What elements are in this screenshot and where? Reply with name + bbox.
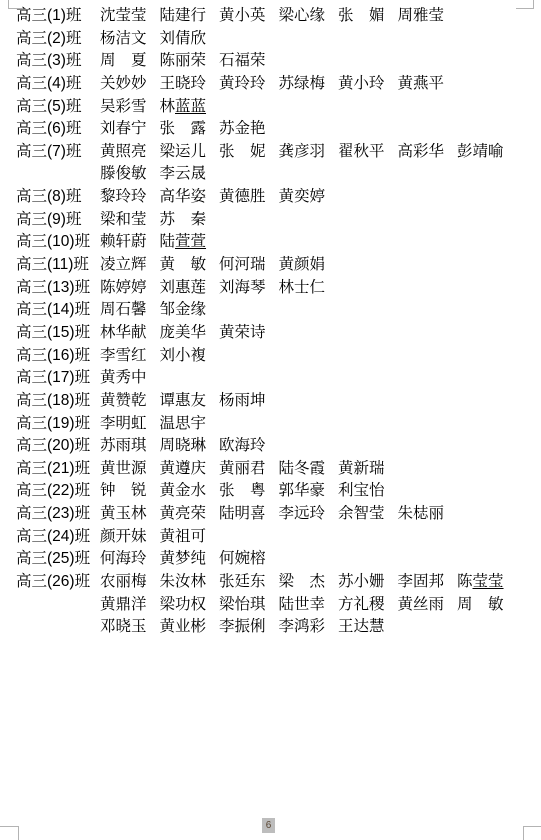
student-name: 黄 敏 xyxy=(160,254,220,277)
roster-row: 高三(23)班黄玉林黄亮荣陆明喜李远玲余智莹朱梽丽 xyxy=(0,503,541,526)
class-label: 高三(19)班 xyxy=(16,413,100,436)
roster-row: 高三(8)班黎玲玲高华姿黄德胜黄奕婷 xyxy=(0,186,541,209)
student-name: 梁心缘 xyxy=(279,5,339,28)
roster-row: 高三(18)班黄赞乾谭惠友杨雨坤 xyxy=(0,390,541,413)
roster-row: 高三(17)班黄秀中 xyxy=(0,367,541,390)
student-name: 张 妮 xyxy=(219,141,279,164)
roster-row: 高三(26)班农丽梅朱汝林张廷东梁 杰苏小姗李固邦陈莹莹 xyxy=(0,571,541,594)
student-name: 梁怡琪 xyxy=(219,594,279,617)
roster-row: 高三(14)班周石馨邹金缘 xyxy=(0,299,541,322)
student-name: 苏 秦 xyxy=(160,209,220,232)
student-name: 李雪红 xyxy=(100,345,160,368)
student-name: 梁和莹 xyxy=(100,209,160,232)
underlined-name-part: 蓝蓝 xyxy=(175,98,206,115)
student-name: 高彩华 xyxy=(398,141,458,164)
student-name: 彭靖喻 xyxy=(457,141,517,164)
roster-row: 高三(20)班苏雨琪周晓琳欧海玲 xyxy=(0,435,541,458)
student-name: 黄照亮 xyxy=(100,141,160,164)
student-name: 谭惠友 xyxy=(160,390,220,413)
class-label: 高三(7)班 xyxy=(16,141,100,164)
roster-row: 高三(16)班李雪红刘小複 xyxy=(0,345,541,368)
class-label: 高三(26)班 xyxy=(16,571,100,594)
class-label: 高三(15)班 xyxy=(16,322,100,345)
roster-row: 高三(5)班吴彩雪林蓝蓝 xyxy=(0,96,541,119)
student-name: 刘春宁 xyxy=(100,118,160,141)
underlined-name-part: 莹莹 xyxy=(473,573,504,590)
class-label: 高三(24)班 xyxy=(16,526,100,549)
student-name: 黄鼎洋 xyxy=(100,594,160,617)
student-name: 陆明喜 xyxy=(219,503,279,526)
class-label: 高三(21)班 xyxy=(16,458,100,481)
document-page: 高三(1)班沈莹莹陆建行黄小英梁心缘张 媚周雅莹高三(2)班杨洁文刘倩欣高三(3… xyxy=(0,0,541,840)
student-name: 黄丝雨 xyxy=(398,594,458,617)
student-name: 李明虹 xyxy=(100,413,160,436)
student-name: 李固邦 xyxy=(398,571,458,594)
student-name: 王晓玲 xyxy=(160,73,220,96)
student-name: 黎玲玲 xyxy=(100,186,160,209)
student-name: 黄遵庆 xyxy=(160,458,220,481)
student-name: 黄赞乾 xyxy=(100,390,160,413)
student-name: 张 媚 xyxy=(338,5,398,28)
student-name: 王达慧 xyxy=(338,616,398,639)
student-name: 林华献 xyxy=(100,322,160,345)
student-name: 利宝怡 xyxy=(338,480,398,503)
student-name: 温思宇 xyxy=(160,413,220,436)
text-boundary-mark-bottom-right xyxy=(523,826,541,840)
student-name: 张 粤 xyxy=(219,480,279,503)
student-name: 刘惠莲 xyxy=(160,277,220,300)
student-name: 黄德胜 xyxy=(219,186,279,209)
student-name: 林蓝蓝 xyxy=(160,96,220,119)
class-label: 高三(23)班 xyxy=(16,503,100,526)
class-label: 高三(4)班 xyxy=(16,73,100,96)
student-name: 何海玲 xyxy=(100,548,160,571)
roster-row: 高三(10)班赖轩蔚陆萱萱 xyxy=(0,231,541,254)
class-roster: 高三(1)班沈莹莹陆建行黄小英梁心缘张 媚周雅莹高三(2)班杨洁文刘倩欣高三(3… xyxy=(0,5,541,639)
student-name: 周石馨 xyxy=(100,299,160,322)
class-label: 高三(25)班 xyxy=(16,548,100,571)
student-name: 凌立辉 xyxy=(100,254,160,277)
roster-row: 高三(7)班黄照亮梁运儿张 妮龚彦羽翟秋平高彩华彭靖喻 xyxy=(0,141,541,164)
student-name: 周晓琳 xyxy=(160,435,220,458)
student-name: 黄颜娟 xyxy=(279,254,339,277)
student-name: 邓晓玉 xyxy=(100,616,160,639)
student-name: 梁 杰 xyxy=(279,571,339,594)
student-name: 郭华豪 xyxy=(279,480,339,503)
class-label xyxy=(16,616,100,639)
class-label: 高三(14)班 xyxy=(16,299,100,322)
student-name: 何婉榕 xyxy=(219,548,279,571)
student-name: 李远玲 xyxy=(279,503,339,526)
class-label: 高三(17)班 xyxy=(16,367,100,390)
class-label: 高三(3)班 xyxy=(16,50,100,73)
student-name: 滕俊敏 xyxy=(100,163,160,186)
student-name: 刘小複 xyxy=(160,345,220,368)
roster-row: 滕俊敏李云晟 xyxy=(0,163,541,186)
roster-row: 高三(24)班颜开妹黄祖可 xyxy=(0,526,541,549)
student-name: 苏绿梅 xyxy=(279,73,339,96)
student-name: 陆建行 xyxy=(160,5,220,28)
student-name: 陆萱萱 xyxy=(160,231,220,254)
student-name: 梁功权 xyxy=(160,594,220,617)
student-name: 黄燕平 xyxy=(398,73,458,96)
student-name: 黄荣诗 xyxy=(219,322,279,345)
class-label: 高三(16)班 xyxy=(16,345,100,368)
student-name: 李云晟 xyxy=(160,163,220,186)
page-number-badge: 6 xyxy=(262,818,275,833)
student-name: 黄奕婷 xyxy=(279,186,339,209)
student-name: 黄新瑞 xyxy=(338,458,398,481)
class-label: 高三(9)班 xyxy=(16,209,100,232)
underlined-name-part: 萱萱 xyxy=(175,233,206,250)
student-name: 庞美华 xyxy=(160,322,220,345)
class-label: 高三(20)班 xyxy=(16,435,100,458)
text-boundary-mark-bottom-left xyxy=(0,826,19,840)
student-name: 黄玲玲 xyxy=(219,73,279,96)
roster-row: 高三(2)班杨洁文刘倩欣 xyxy=(0,28,541,51)
roster-row: 高三(3)班周 夏陈丽荣石福荣 xyxy=(0,50,541,73)
roster-row: 高三(9)班梁和莹苏 秦 xyxy=(0,209,541,232)
roster-row: 高三(22)班钟 锐黄金水张 粤郭华豪利宝怡 xyxy=(0,480,541,503)
student-name: 钟 锐 xyxy=(100,480,160,503)
student-name: 黄玉林 xyxy=(100,503,160,526)
student-name: 陈莹莹 xyxy=(457,571,517,594)
student-name: 周雅莹 xyxy=(398,5,458,28)
student-name: 黄金水 xyxy=(160,480,220,503)
student-name: 沈莹莹 xyxy=(100,5,160,28)
class-label: 高三(2)班 xyxy=(16,28,100,51)
student-name: 赖轩蔚 xyxy=(100,231,160,254)
student-name: 陆世幸 xyxy=(279,594,339,617)
student-name: 梁运儿 xyxy=(160,141,220,164)
student-name: 黄业彬 xyxy=(160,616,220,639)
student-name: 余智莹 xyxy=(338,503,398,526)
student-name: 周 敏 xyxy=(457,594,517,617)
student-name: 苏小姗 xyxy=(338,571,398,594)
student-name: 黄丽君 xyxy=(219,458,279,481)
roster-row: 高三(1)班沈莹莹陆建行黄小英梁心缘张 媚周雅莹 xyxy=(0,5,541,28)
student-name: 周 夏 xyxy=(100,50,160,73)
class-label: 高三(11)班 xyxy=(16,254,100,277)
student-name: 杨洁文 xyxy=(100,28,160,51)
student-name: 刘倩欣 xyxy=(160,28,220,51)
class-label: 高三(1)班 xyxy=(16,5,100,28)
class-label xyxy=(16,594,100,617)
roster-row: 高三(4)班关妙妙王晓玲黄玲玲苏绿梅黄小玲黄燕平 xyxy=(0,73,541,96)
student-name: 颜开妹 xyxy=(100,526,160,549)
student-name: 黄秀中 xyxy=(100,367,160,390)
student-name: 欧海玲 xyxy=(219,435,279,458)
class-label: 高三(22)班 xyxy=(16,480,100,503)
class-label: 高三(10)班 xyxy=(16,231,100,254)
student-name: 刘海琴 xyxy=(219,277,279,300)
roster-row: 邓晓玉黄业彬李振俐李鸿彩王达慧 xyxy=(0,616,541,639)
student-name: 陆冬霞 xyxy=(279,458,339,481)
class-label: 高三(5)班 xyxy=(16,96,100,119)
roster-row: 高三(15)班林华献庞美华黄荣诗 xyxy=(0,322,541,345)
class-label: 高三(13)班 xyxy=(16,277,100,300)
roster-row: 高三(19)班李明虹温思宇 xyxy=(0,413,541,436)
student-name: 苏金艳 xyxy=(219,118,279,141)
roster-row: 高三(13)班陈婷婷刘惠莲刘海琴林士仁 xyxy=(0,277,541,300)
class-label xyxy=(16,163,100,186)
student-name: 林士仁 xyxy=(279,277,339,300)
student-name: 李振俐 xyxy=(219,616,279,639)
student-name: 朱梽丽 xyxy=(398,503,458,526)
student-name: 黄祖可 xyxy=(160,526,220,549)
student-name: 李鸿彩 xyxy=(279,616,339,639)
student-name: 黄小玲 xyxy=(338,73,398,96)
student-name: 杨雨坤 xyxy=(219,390,279,413)
student-name: 高华姿 xyxy=(160,186,220,209)
student-name: 黄梦纯 xyxy=(160,548,220,571)
student-name: 张 露 xyxy=(160,118,220,141)
roster-row: 高三(25)班何海玲黄梦纯何婉榕 xyxy=(0,548,541,571)
student-name: 陈婷婷 xyxy=(100,277,160,300)
student-name: 方礼稷 xyxy=(338,594,398,617)
student-name: 朱汝林 xyxy=(160,571,220,594)
class-label: 高三(18)班 xyxy=(16,390,100,413)
class-label: 高三(6)班 xyxy=(16,118,100,141)
student-name: 张廷东 xyxy=(219,571,279,594)
roster-row: 高三(11)班凌立辉黄 敏何河瑞黄颜娟 xyxy=(0,254,541,277)
student-name: 何河瑞 xyxy=(219,254,279,277)
student-name: 关妙妙 xyxy=(100,73,160,96)
roster-row: 高三(6)班刘春宁张 露苏金艳 xyxy=(0,118,541,141)
class-label: 高三(8)班 xyxy=(16,186,100,209)
roster-row: 高三(21)班黄世源黄遵庆黄丽君陆冬霞黄新瑞 xyxy=(0,458,541,481)
student-name: 翟秋平 xyxy=(338,141,398,164)
student-name: 农丽梅 xyxy=(100,571,160,594)
student-name: 黄小英 xyxy=(219,5,279,28)
student-name: 龚彦羽 xyxy=(279,141,339,164)
student-name: 黄亮荣 xyxy=(160,503,220,526)
roster-row: 黄鼎洋梁功权梁怡琪陆世幸方礼稷黄丝雨周 敏 xyxy=(0,594,541,617)
student-name: 苏雨琪 xyxy=(100,435,160,458)
student-name: 邹金缘 xyxy=(160,299,220,322)
student-name: 石福荣 xyxy=(219,50,279,73)
student-name: 陈丽荣 xyxy=(160,50,220,73)
student-name: 吴彩雪 xyxy=(100,96,160,119)
student-name: 黄世源 xyxy=(100,458,160,481)
